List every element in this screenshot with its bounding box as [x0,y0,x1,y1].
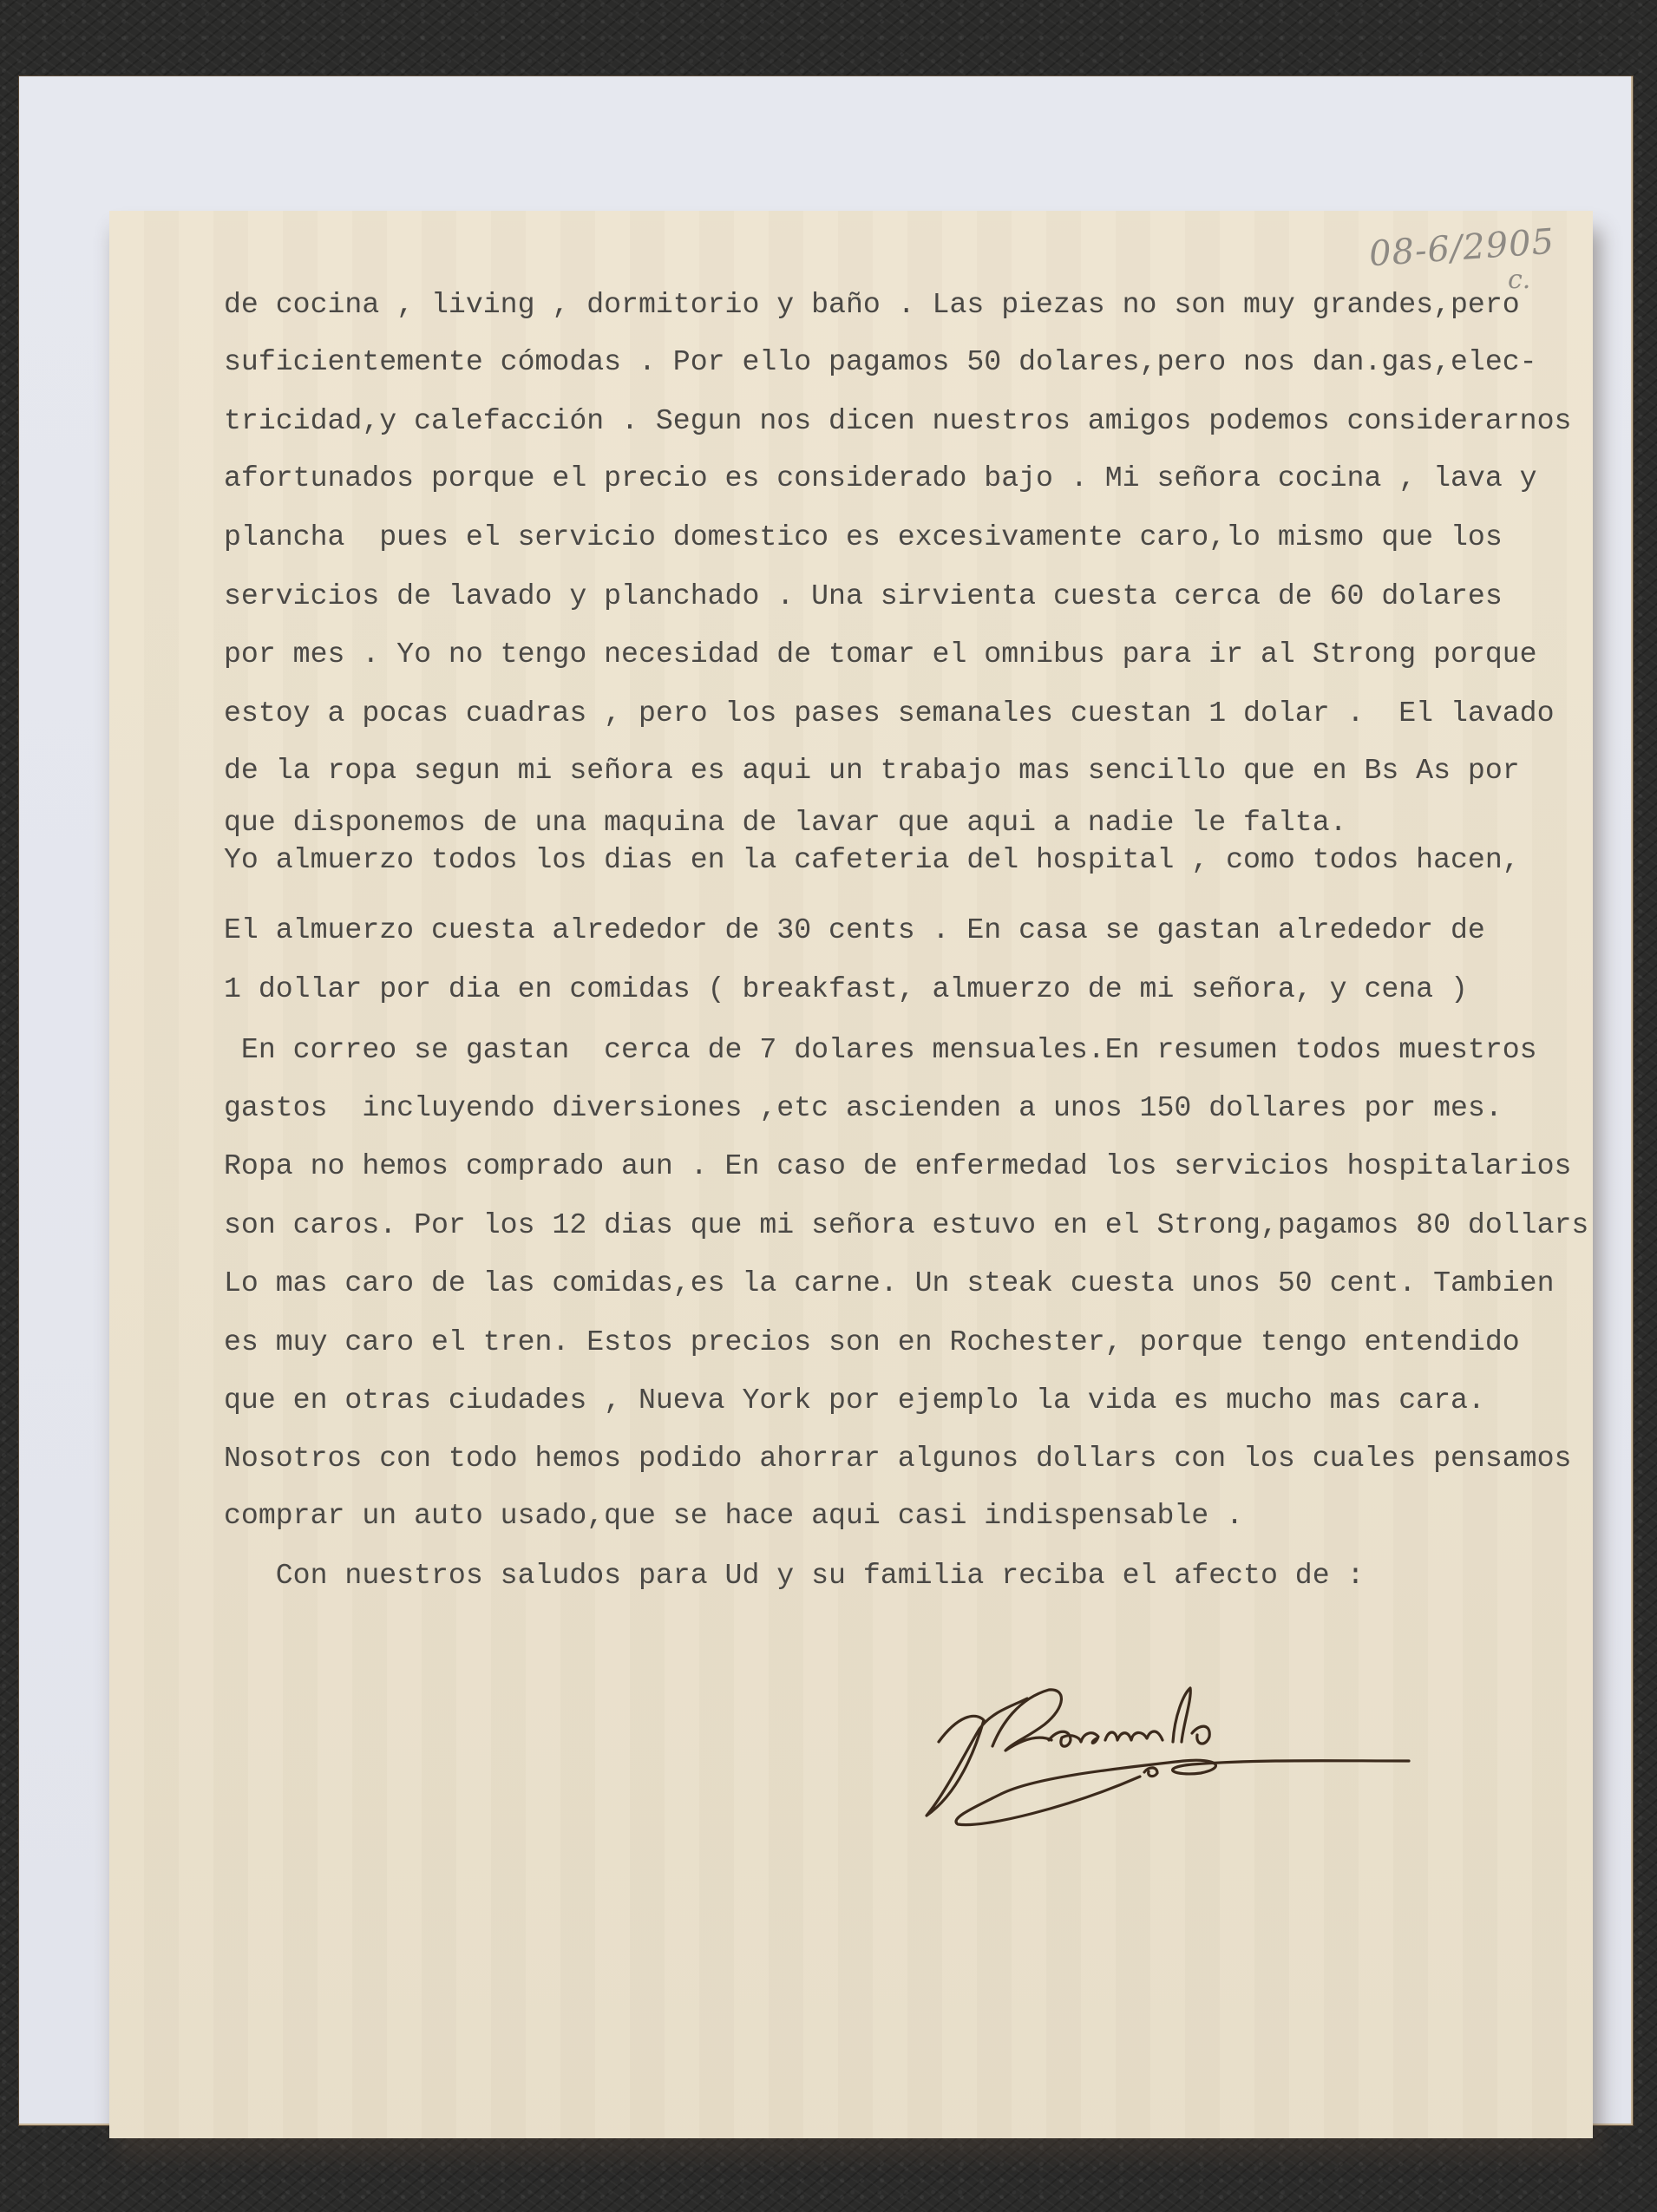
letter-line: Yo almuerzo todos los dias en la cafeter… [224,846,1520,874]
letter-line: comprar un auto usado,que se hace aqui c… [224,1502,1243,1530]
handwritten-signature [897,1646,1435,1855]
letter-line: Ropa no hemos comprado aun . En caso de … [224,1152,1571,1181]
letter-line: que disponemos de una maquina de lavar q… [224,808,1347,837]
mounting-mat: 08-6/2905 c. de cocina , living , dormit… [19,76,1633,2125]
letter-line: que en otras ciudades , Nueva York por e… [224,1386,1485,1415]
letter-line: por mes . Yo no tengo necesidad de tomar… [224,640,1537,669]
letter-line: son caros. Por los 12 dias que mi señora… [224,1211,1588,1240]
letter-line: es muy caro el tren. Estos precios son e… [224,1328,1520,1357]
letter-line: El almuerzo cuesta alrededor de 30 cents… [224,916,1485,945]
letter-line: 1 dollar por dia en comidas ( breakfast,… [224,975,1468,1004]
letter-line: de cocina , living , dormitorio y baño .… [224,291,1520,319]
letter-line: Nosotros con todo hemos podido ahorrar a… [224,1444,1571,1473]
letter-line: Con nuestros saludos para Ud y su famili… [224,1561,1364,1590]
letter-line: gastos incluyendo diversiones ,etc ascie… [224,1094,1503,1122]
letter-line: servicios de lavado y planchado . Una si… [224,582,1503,611]
letter-line: de la ropa segun mi señora es aqui un tr… [224,756,1520,785]
letter-line: suficientemente cómodas . Por ello pagam… [224,348,1537,376]
letter-page: 08-6/2905 c. de cocina , living , dormit… [109,211,1593,2138]
letter-line: estoy a pocas cuadras , pero los pases s… [224,699,1555,728]
letter-line: plancha pues el servicio domestico es ex… [224,523,1503,552]
letter-line: afortunados porque el precio es consider… [224,464,1537,493]
letter-line: tricidad,y calefacción . Segun nos dicen… [224,407,1571,435]
letter-line: Lo mas caro de las comidas,es la carne. … [224,1269,1555,1298]
letter-line: En correo se gastan cerca de 7 dolares m… [224,1036,1537,1064]
